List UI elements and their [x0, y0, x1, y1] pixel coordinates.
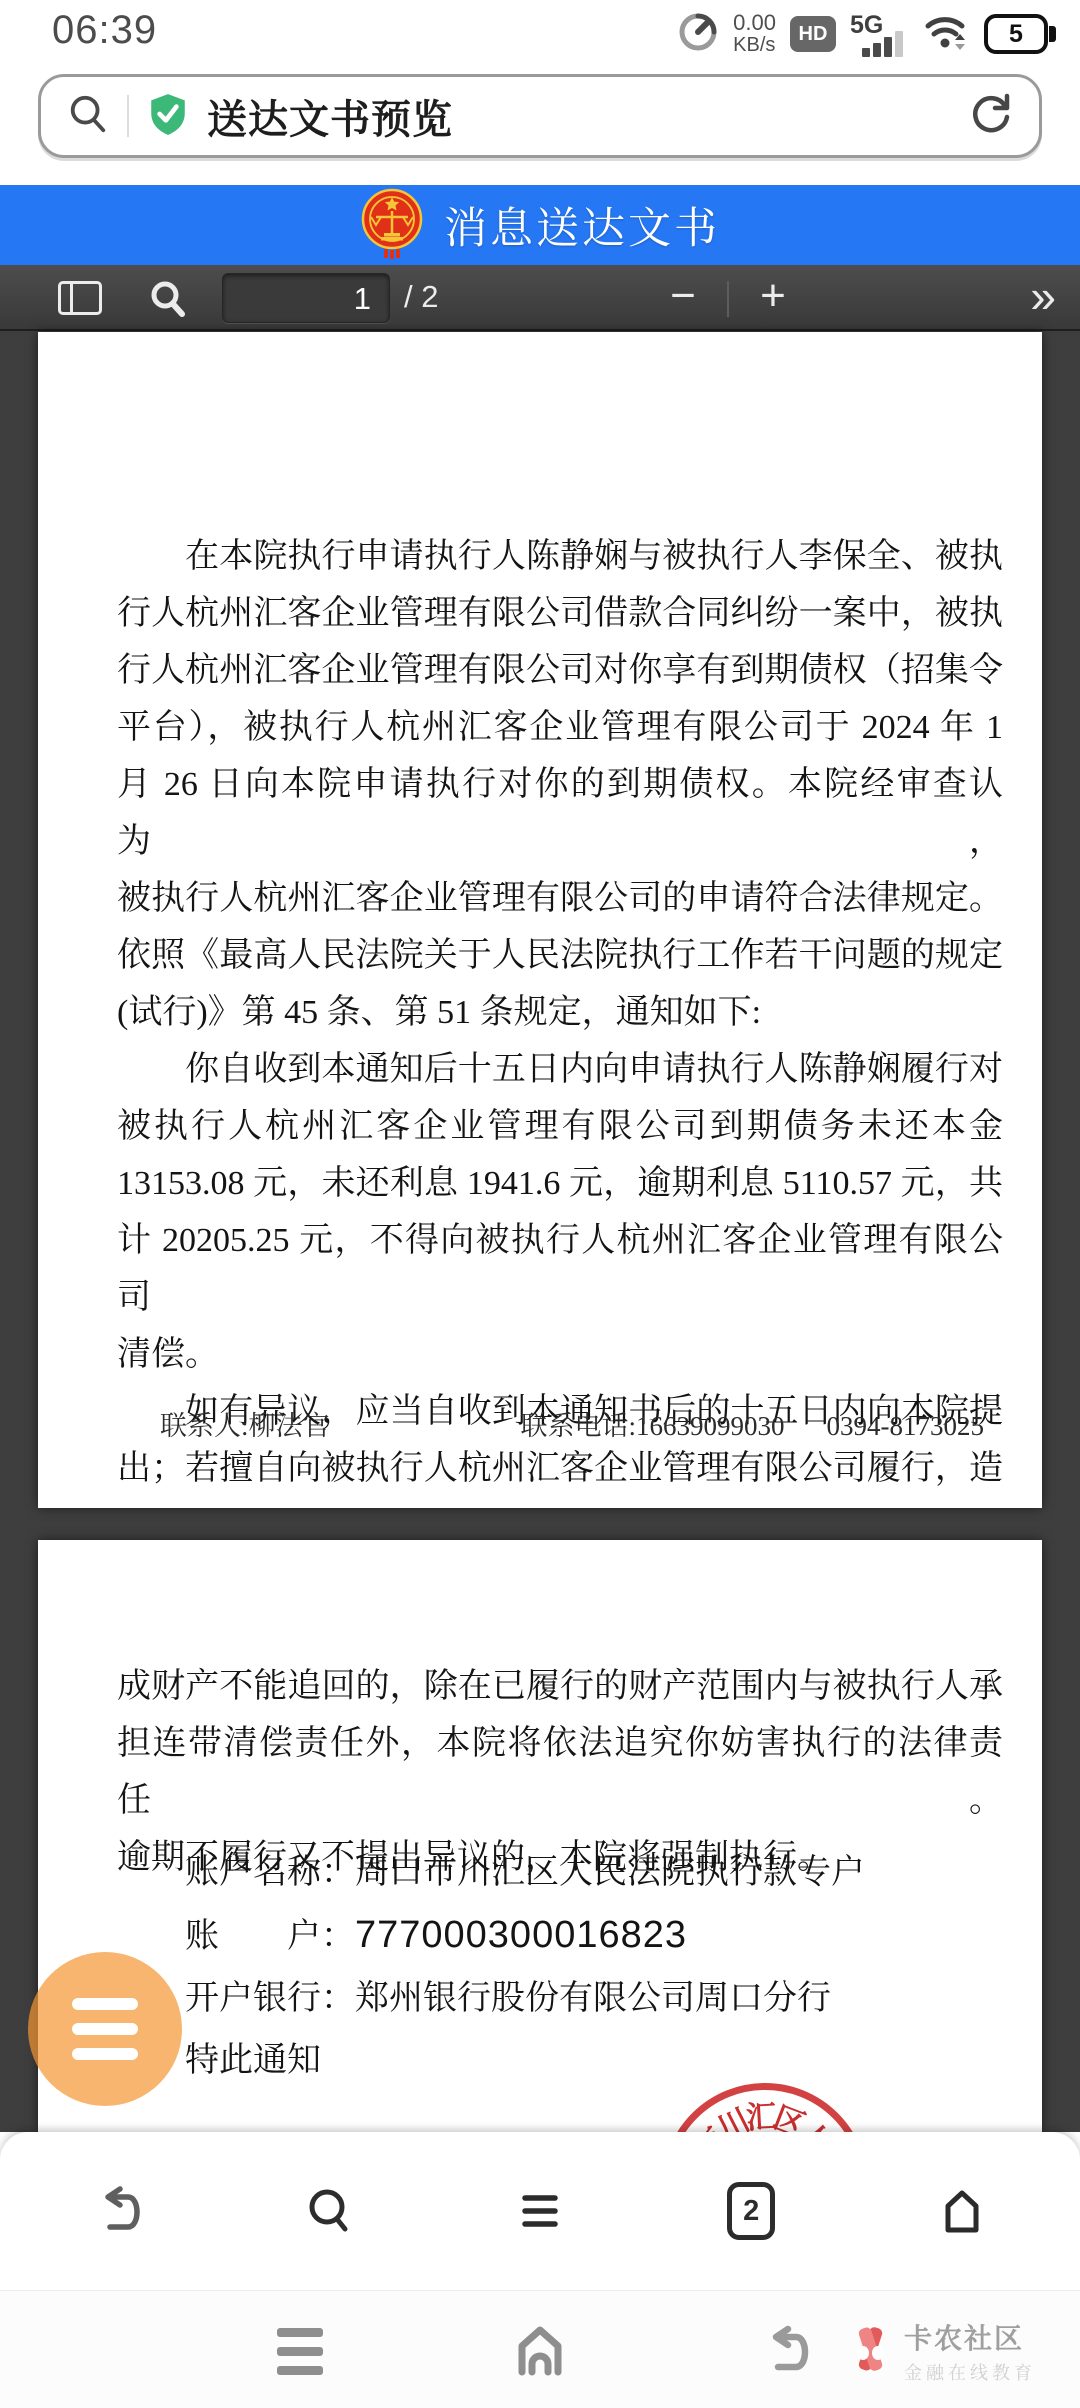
system-back-button[interactable] — [754, 2319, 818, 2383]
watermark-logo-icon — [848, 2323, 894, 2380]
contact-name: 联系人:柳法官 — [160, 1404, 330, 1443]
zoom-in-button[interactable]: + — [745, 267, 801, 327]
hd-badge: HD — [790, 16, 836, 52]
watermark: 卡农社区 金融在线教育 — [848, 2317, 1036, 2385]
doc-line: 计 20205.25 元，不得向被执行人杭州汇客企业管理有限公司 — [117, 1212, 1003, 1326]
tab-count: 2 — [727, 2182, 775, 2240]
doc-line: 行人杭州汇客企业管理有限公司对你享有到期债权（招集令 — [117, 642, 1003, 699]
document-body: 在本院执行申请执行人陈静娴与被执行人李保全、被执 行人杭州汇客企业管理有限公司借… — [117, 528, 1003, 1497]
search-icon — [67, 93, 109, 140]
divider — [727, 281, 729, 317]
divider — [127, 95, 129, 137]
pdf-viewer[interactable]: 在本院执行申请执行人陈静娴与被执行人李保全、被执 行人杭州汇客企业管理有限公司借… — [0, 331, 1080, 2132]
doc-line: 依照《最高人民法院关于人民法院执行工作若干问题的规定 — [117, 927, 1003, 984]
doc-line: 你自收到本通知后十五日内向申请执行人陈静娴履行对 — [117, 1041, 1003, 1098]
network-speed-icon — [677, 11, 719, 58]
account-bank: 开户银行：郑州银行股份有限公司周口分行 — [185, 1968, 1003, 2030]
battery-icon: 5 — [984, 14, 1058, 54]
payment-account-block: 账户名称：周口市川汇区人民法院执行款专户 账 户：777000300016823… — [185, 1842, 1003, 2092]
page-title: 消息送达文书 — [444, 195, 720, 256]
home-button[interactable] — [922, 2171, 1002, 2251]
pdf-toolbar: 1 / 2 − + » — [0, 265, 1080, 331]
find-icon[interactable] — [148, 279, 188, 324]
browser-nav-bar: 2 — [0, 2132, 1080, 2290]
contact-row: 联系人:柳法官 联系电话:16639099030 0394-8173025 — [160, 1404, 984, 1443]
status-bar: 06:39 0.00 KB/s HD 5G 5 — [0, 0, 1080, 66]
doc-line: 被执行人杭州汇客企业管理有限公司到期债务未还本金 — [117, 1098, 1003, 1155]
account-number: 777000300016823 — [355, 1914, 687, 1956]
notice-line: 特此通知 — [185, 2030, 1003, 2092]
system-home-button[interactable] — [508, 2319, 572, 2383]
sidebar-toggle-icon[interactable] — [58, 281, 102, 315]
doc-line: 出；若擅自向被执行人杭州汇客企业管理有限公司履行，造 — [117, 1440, 1003, 1497]
back-button[interactable] — [78, 2171, 158, 2251]
court-seal: 市 川 汇 区 人 — [662, 2083, 868, 2132]
floating-menu-button[interactable] — [28, 1952, 182, 2106]
doc-line: (试行)》第 45 条、第 51 条规定，通知如下: — [117, 984, 1003, 1041]
url-query-text[interactable]: 送达文书预览 — [207, 88, 951, 145]
watermark-subtitle: 金融在线教育 — [904, 2359, 1036, 2385]
doc-line: 13153.08 元，未还利息 1941.6 元，逾期利息 5110.57 元，… — [117, 1155, 1003, 1212]
signal-5g-icon: 5G — [850, 11, 908, 57]
document-page-2: 成财产不能追回的，除在已履行的财产范围内与被执行人承 担连带清偿责任外，本院将依… — [38, 1540, 1042, 2132]
system-nav-bar: 卡农社区 金融在线教育 — [0, 2290, 1080, 2408]
doc-line: 被执行人杭州汇客企业管理有限公司的申请符合法律规定。 — [117, 870, 1003, 927]
doc-line: 担连带清偿责任外，本院将依法追究你妨害执行的法律责任。 — [117, 1715, 1003, 1829]
page-number-input[interactable]: 1 — [222, 273, 390, 323]
tabs-button[interactable]: 2 — [711, 2171, 791, 2251]
doc-line: 月 26 日向本院申请执行对你的到期债权。本院经审查认为， — [117, 756, 1003, 870]
clock: 06:39 — [52, 8, 157, 53]
doc-line: 行人杭州汇客企业管理有限公司借款合同纠纷一案中，被执 — [117, 585, 1003, 642]
contact-phone: 联系电话:16639099030 — [520, 1404, 784, 1443]
contact-phone-2: 0394-8173025 — [827, 1411, 985, 1442]
refresh-icon[interactable] — [969, 92, 1013, 141]
menu-icon — [277, 2328, 323, 2375]
network-speed: 0.00 KB/s — [733, 12, 776, 56]
menu-button[interactable] — [500, 2171, 580, 2251]
account-number-row: 账 户：777000300016823 — [185, 1904, 1003, 1968]
doc-line: 清偿。 — [117, 1326, 1003, 1383]
doc-line: 平台），被执行人杭州汇客企业管理有限公司于 2024 年 1 — [117, 699, 1003, 756]
zoom-out-button[interactable]: − — [655, 267, 711, 327]
doc-line: 在本院执行申请执行人陈静娴与被执行人李保全、被执 — [117, 528, 1003, 585]
search-button[interactable] — [289, 2171, 369, 2251]
court-emblem-icon — [360, 187, 424, 264]
doc-line: 成财产不能追回的，除在已履行的财产范围内与被执行人承 — [117, 1658, 1003, 1715]
account-number-label: 账 户： — [185, 1918, 355, 1955]
menu-icon — [72, 1998, 138, 2010]
watermark-title: 卡农社区 — [904, 2317, 1036, 2357]
system-recents-button[interactable] — [268, 2319, 332, 2383]
toolbar-more-button[interactable]: » — [1030, 265, 1052, 327]
browser-search-bar[interactable]: 送达文书预览 — [38, 74, 1042, 158]
status-icons: 0.00 KB/s HD 5G 5 — [677, 10, 1058, 58]
page-header-banner: 消息送达文书 — [0, 185, 1080, 265]
wifi-icon — [922, 10, 970, 59]
document-page-1: 在本院执行申请执行人陈静娴与被执行人李保全、被执 行人杭州汇客企业管理有限公司借… — [38, 332, 1042, 1508]
page-total-label: / 2 — [404, 279, 438, 315]
secure-shield-icon — [147, 92, 189, 141]
account-name: 账户名称：周口市川汇区人民法院执行款专户 — [185, 1842, 1003, 1904]
